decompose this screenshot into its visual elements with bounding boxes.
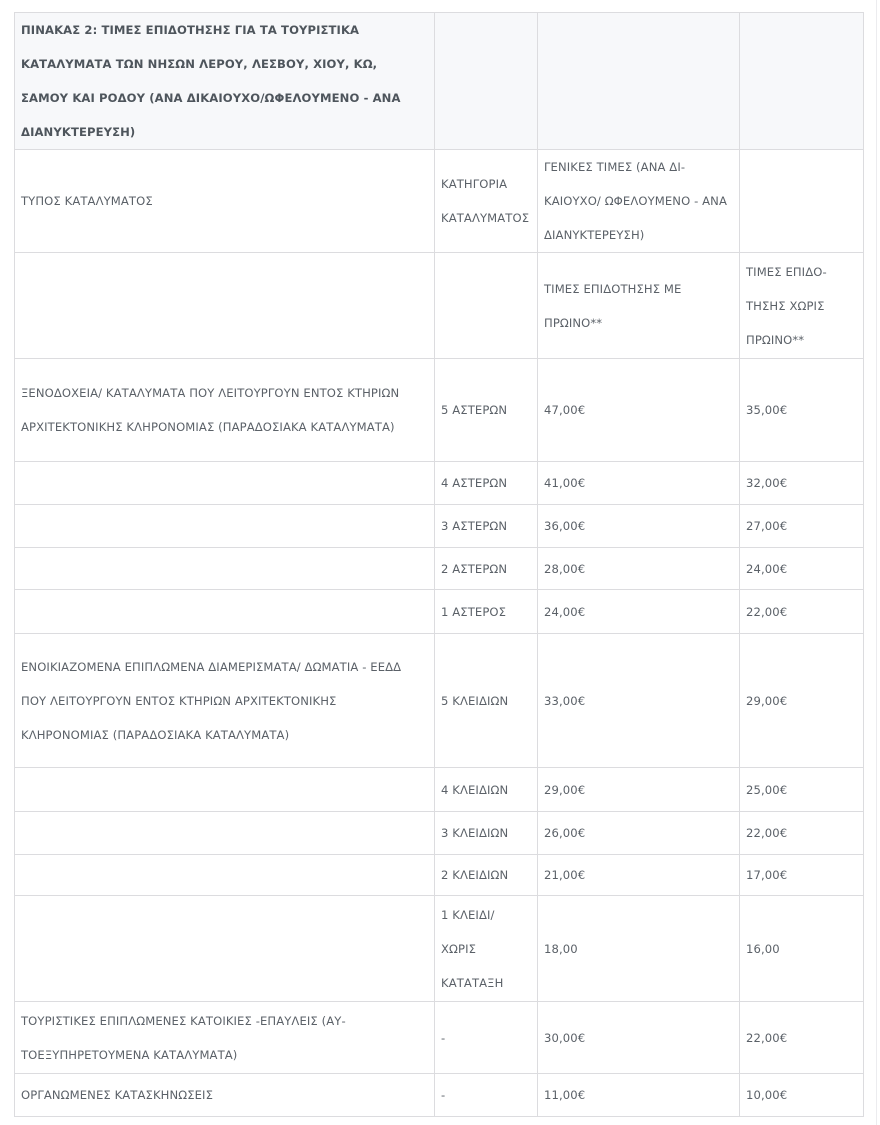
price-with-breakfast-cell: 28,00€ <box>538 548 740 590</box>
empty-cell <box>435 13 538 150</box>
table-row: 4 ΑΣΤΕΡΩΝ41,00€32,00€ <box>15 462 864 505</box>
price-with-breakfast-cell: 21,00€ <box>538 855 740 896</box>
empty-cell <box>740 13 864 150</box>
price-without-breakfast-cell: 27,00€ <box>740 505 864 548</box>
header-general-prices: ΓΕΝΙΚΕΣ ΤΙΜΕΣ (ΑΝΑ ΔΙ­ΚΑΙΟΥΧΟ/ ΩΦΕΛΟΥΜΕΝ… <box>538 150 740 253</box>
subheader-row: ΤΙΜΕΣ ΕΠΙΔΟΤΗΣΗΣ ΜΕ ΠΡΩΙΝΟ** ΤΙΜΕΣ ΕΠΙΔΟ… <box>15 253 864 359</box>
price-with-breakfast-cell: 26,00€ <box>538 812 740 855</box>
price-without-breakfast-cell: 24,00€ <box>740 548 864 590</box>
price-with-breakfast-cell: 30,00€ <box>538 1002 740 1074</box>
empty-cell <box>435 253 538 359</box>
table-row: ΞΕΝΟΔΟΧΕΙΑ/ ΚΑΤΑΛΥΜΑΤΑ ΠΟΥ ΛΕΙΤΟΥΡΓΟΥΝ Ε… <box>15 359 864 462</box>
category-cell: 3 ΑΣΤΕΡΩΝ <box>435 505 538 548</box>
category-cell: 3 ΚΛΕΙΔΙΩΝ <box>435 812 538 855</box>
category-cell: - <box>435 1074 538 1117</box>
header-without-breakfast: ΤΙΜΕΣ ΕΠΙΔΟ­ΤΗΣΗΣ ΧΩΡΙΣ ΠΡΩΙΝΟ** <box>740 253 864 359</box>
category-cell: - <box>435 1002 538 1074</box>
header-with-breakfast: ΤΙΜΕΣ ΕΠΙΔΟΤΗΣΗΣ ΜΕ ΠΡΩΙΝΟ** <box>538 253 740 359</box>
price-without-breakfast-cell: 22,00€ <box>740 812 864 855</box>
table-row: 2 ΑΣΤΕΡΩΝ28,00€24,00€ <box>15 548 864 590</box>
price-with-breakfast-cell: 33,00€ <box>538 634 740 768</box>
price-without-breakfast-cell: 25,00€ <box>740 768 864 812</box>
accommodation-type-cell <box>15 855 435 896</box>
table-row: ΟΡΓΑΝΩΜΕΝΕΣ ΚΑΤΑΣΚΗΝΩΣΕΙΣ-11,00€10,00€ <box>15 1074 864 1117</box>
accommodation-type-cell <box>15 896 435 1002</box>
accommodation-type-cell: ΞΕΝΟΔΟΧΕΙΑ/ ΚΑΤΑΛΥΜΑΤΑ ΠΟΥ ΛΕΙΤΟΥΡΓΟΥΝ Ε… <box>15 359 435 462</box>
price-without-breakfast-cell: 22,00€ <box>740 1002 864 1074</box>
price-without-breakfast-cell: 10,00€ <box>740 1074 864 1117</box>
price-without-breakfast-cell: 35,00€ <box>740 359 864 462</box>
table-row: 3 ΚΛΕΙΔΙΩΝ26,00€22,00€ <box>15 812 864 855</box>
category-cell: 2 ΑΣΤΕΡΩΝ <box>435 548 538 590</box>
page-divider <box>876 0 877 1125</box>
table-title: ΠΙΝΑΚΑΣ 2: ΤΙΜΕΣ ΕΠΙΔΟΤΗΣΗΣ ΓΙΑ ΤΑ ΤΟΥΡΙ… <box>15 13 435 150</box>
category-cell: 2 ΚΛΕΙΔΙΩΝ <box>435 855 538 896</box>
empty-cell <box>538 13 740 150</box>
price-without-breakfast-cell: 17,00€ <box>740 855 864 896</box>
category-cell: 1 ΑΣΤΕΡΟΣ <box>435 590 538 634</box>
accommodation-type-cell <box>15 812 435 855</box>
accommodation-type-cell <box>15 768 435 812</box>
table-title-row: ΠΙΝΑΚΑΣ 2: ΤΙΜΕΣ ΕΠΙΔΟΤΗΣΗΣ ΓΙΑ ΤΑ ΤΟΥΡΙ… <box>15 13 864 150</box>
accommodation-type-cell <box>15 590 435 634</box>
category-cell: 1 ΚΛΕΙΔΙ/ ΧΩΡΙΣ ΚΑΤΑΤΑΞΗ <box>435 896 538 1002</box>
empty-cell <box>15 253 435 359</box>
price-with-breakfast-cell: 41,00€ <box>538 462 740 505</box>
price-without-breakfast-cell: 22,00€ <box>740 590 864 634</box>
accommodation-type-cell <box>15 548 435 590</box>
category-cell: 4 ΚΛΕΙΔΙΩΝ <box>435 768 538 812</box>
accommodation-type-cell: ΤΟΥΡΙΣΤΙΚΕΣ ΕΠΙΠΛΩΜΕΝΕΣ ΚΑΤΟΙΚΙΕΣ -ΕΠΑΥΛ… <box>15 1002 435 1074</box>
accommodation-type-cell <box>15 462 435 505</box>
header-accommodation-type: ΤΥΠΟΣ ΚΑΤΑΛΥΜΑΤΟΣ <box>15 150 435 253</box>
column-header-row: ΤΥΠΟΣ ΚΑΤΑΛΥΜΑΤΟΣ ΚΑΤΗΓΟΡΙΑ ΚΑΤΑΛΥΜΑ­ΤΟΣ… <box>15 150 864 253</box>
header-category: ΚΑΤΗΓΟΡΙΑ ΚΑΤΑΛΥΜΑ­ΤΟΣ <box>435 150 538 253</box>
accommodation-type-cell <box>15 505 435 548</box>
accommodation-type-cell: ΟΡΓΑΝΩΜΕΝΕΣ ΚΑΤΑΣΚΗΝΩΣΕΙΣ <box>15 1074 435 1117</box>
price-with-breakfast-cell: 47,00€ <box>538 359 740 462</box>
table-row: ΤΟΥΡΙΣΤΙΚΕΣ ΕΠΙΠΛΩΜΕΝΕΣ ΚΑΤΟΙΚΙΕΣ -ΕΠΑΥΛ… <box>15 1002 864 1074</box>
price-with-breakfast-cell: 36,00€ <box>538 505 740 548</box>
price-with-breakfast-cell: 11,00€ <box>538 1074 740 1117</box>
price-with-breakfast-cell: 24,00€ <box>538 590 740 634</box>
category-cell: 4 ΑΣΤΕΡΩΝ <box>435 462 538 505</box>
category-cell: 5 ΑΣΤΕΡΩΝ <box>435 359 538 462</box>
subsidy-rates-table: ΠΙΝΑΚΑΣ 2: ΤΙΜΕΣ ΕΠΙΔΟΤΗΣΗΣ ΓΙΑ ΤΑ ΤΟΥΡΙ… <box>14 12 864 1117</box>
price-with-breakfast-cell: 29,00€ <box>538 768 740 812</box>
price-with-breakfast-cell: 18,00 <box>538 896 740 1002</box>
price-without-breakfast-cell: 16,00 <box>740 896 864 1002</box>
table-row: 4 ΚΛΕΙΔΙΩΝ29,00€25,00€ <box>15 768 864 812</box>
price-without-breakfast-cell: 32,00€ <box>740 462 864 505</box>
table-row: 2 ΚΛΕΙΔΙΩΝ21,00€17,00€ <box>15 855 864 896</box>
category-cell: 5 ΚΛΕΙΔΙΩΝ <box>435 634 538 768</box>
table-row: 1 ΚΛΕΙΔΙ/ ΧΩΡΙΣ ΚΑΤΑΤΑΞΗ18,0016,00 <box>15 896 864 1002</box>
table-row: ΕΝΟΙΚΙΑΖΟΜΕΝΑ ΕΠΙΠΛΩΜΕΝΑ ΔΙΑΜΕΡΙΣΜΑΤΑ/ Δ… <box>15 634 864 768</box>
table-row: 1 ΑΣΤΕΡΟΣ24,00€22,00€ <box>15 590 864 634</box>
table-row: 3 ΑΣΤΕΡΩΝ36,00€27,00€ <box>15 505 864 548</box>
price-without-breakfast-cell: 29,00€ <box>740 634 864 768</box>
accommodation-type-cell: ΕΝΟΙΚΙΑΖΟΜΕΝΑ ΕΠΙΠΛΩΜΕΝΑ ΔΙΑΜΕΡΙΣΜΑΤΑ/ Δ… <box>15 634 435 768</box>
empty-cell <box>740 150 864 253</box>
